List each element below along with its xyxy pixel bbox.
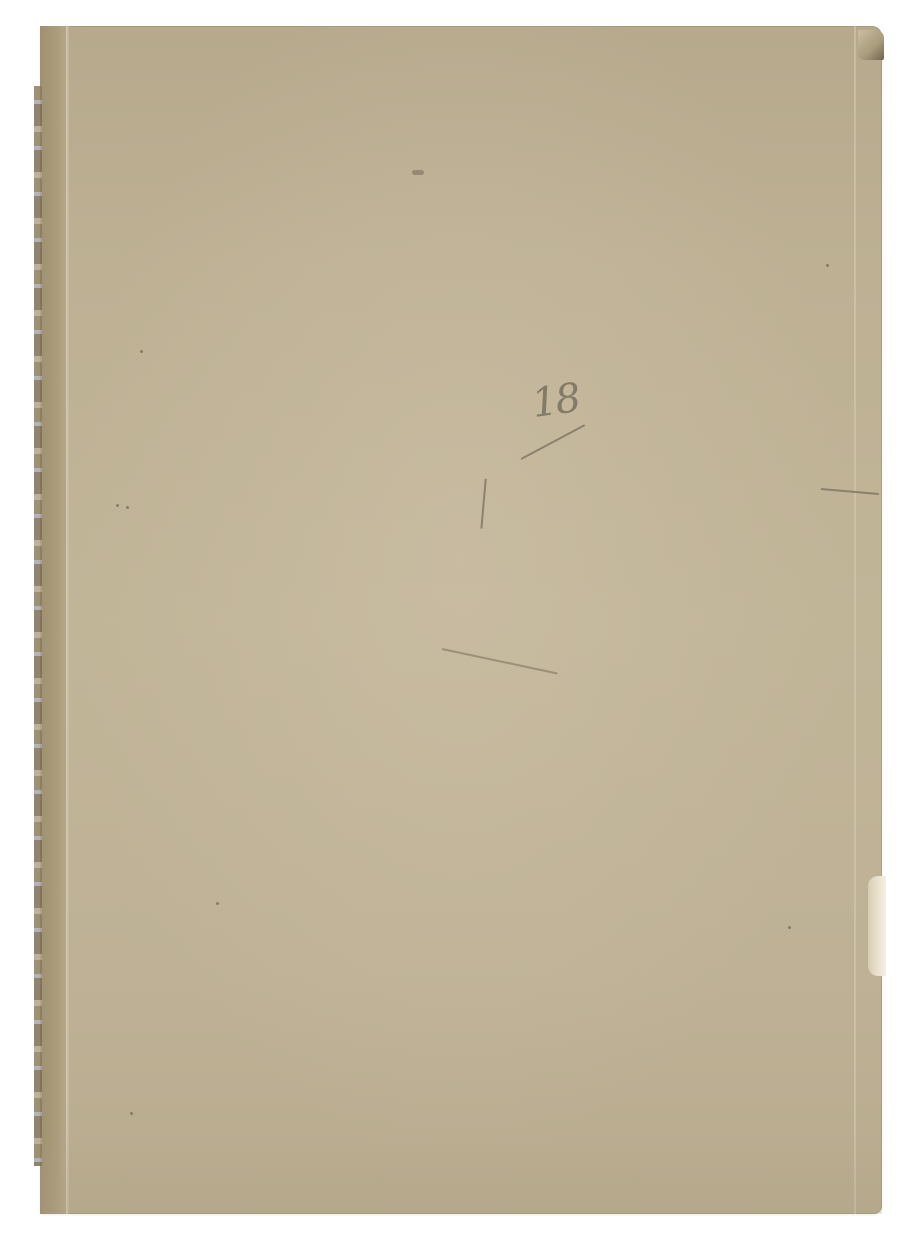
spine-fold-line — [66, 26, 69, 1214]
speck — [216, 902, 219, 905]
speck — [140, 350, 143, 353]
right-fold-line — [854, 26, 856, 1214]
spine-band — [40, 26, 66, 1214]
document-cover: 18 — [40, 26, 882, 1214]
pencil-stroke-middle — [442, 648, 558, 674]
pencil-stroke-right — [821, 488, 879, 495]
bottom-shading — [40, 1124, 882, 1214]
worn-top-right-corner — [858, 30, 884, 60]
speck — [826, 264, 829, 267]
annotation-underline — [521, 424, 585, 459]
speck — [116, 504, 119, 507]
right-edge-tear — [868, 876, 886, 976]
speck — [788, 926, 791, 929]
pencil-smudge — [412, 170, 424, 175]
speck — [126, 506, 129, 509]
frayed-left-edge — [34, 86, 42, 1166]
speck — [130, 1112, 133, 1115]
pencil-stroke-vertical — [481, 479, 487, 529]
pencil-annotation: 18 — [529, 375, 582, 427]
